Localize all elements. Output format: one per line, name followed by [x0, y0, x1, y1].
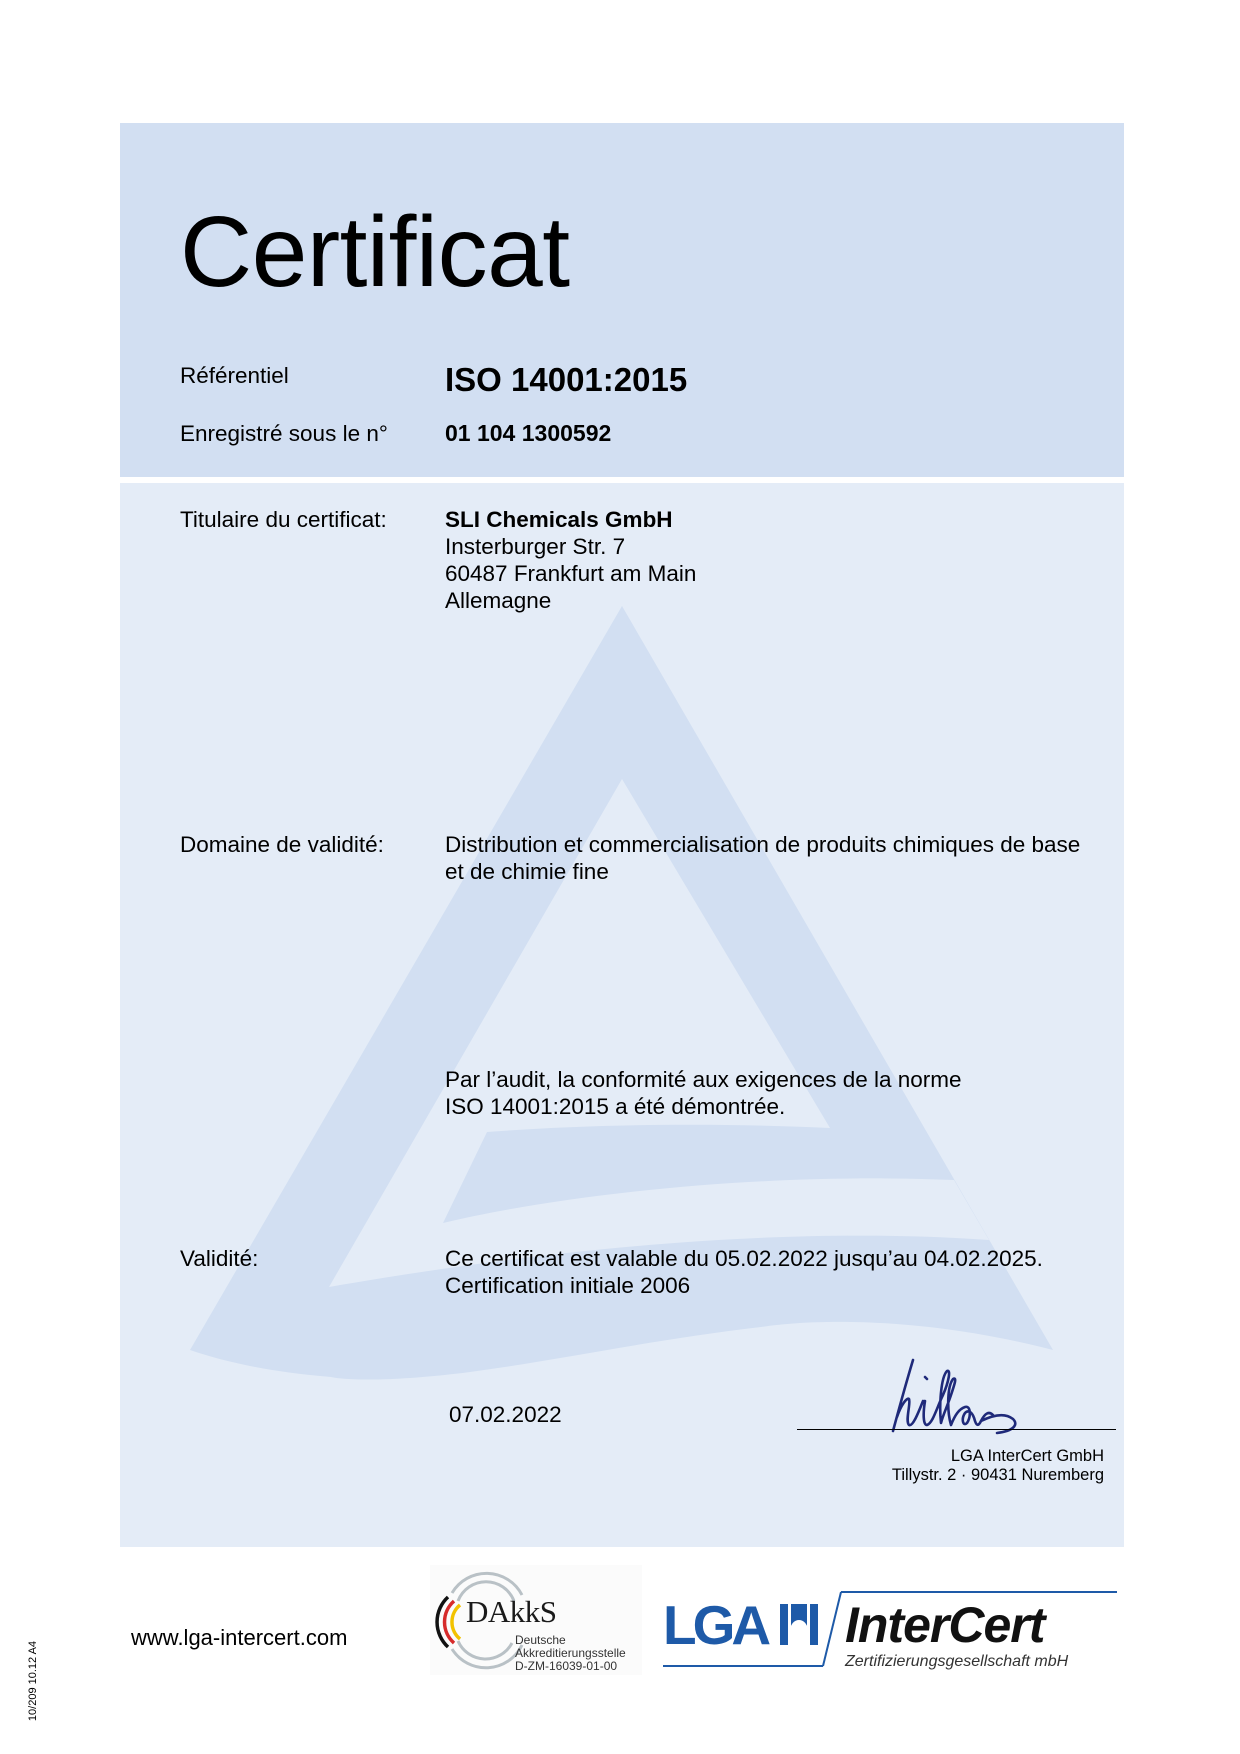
holder-city: 60487 Frankfurt am Main [445, 560, 696, 587]
holder-company: SLI Chemicals GmbH [445, 506, 696, 533]
website-link[interactable]: www.lga-intercert.com [131, 1625, 347, 1651]
scope-line: et de chimie fine [445, 858, 1080, 885]
scope-text: Distribution et commercialisation de pro… [445, 831, 1080, 885]
signature-icon [885, 1355, 1035, 1440]
signature-line [797, 1429, 1116, 1430]
holder-address: SLI Chemicals GmbH Insterburger Str. 7 6… [445, 506, 696, 614]
conformity-statement: Par l’audit, la conformité aux exigences… [445, 1066, 962, 1120]
issuer-address: Tillystr. 2 · 90431 Nuremberg [892, 1466, 1104, 1485]
issue-date: 07.02.2022 [449, 1401, 562, 1428]
certificate-title: Certificat [180, 196, 570, 308]
holder-country: Allemagne [445, 587, 696, 614]
scope-label: Domaine de validité: [180, 831, 384, 858]
validity-text: Ce certificat est valable du 05.02.2022 … [445, 1245, 1043, 1299]
dakks-accreditation-number: D-ZM-16039-01-00 [515, 1660, 617, 1673]
lga-intercert-logo: LGA InterCert Zertifizierungsgesellschaf… [663, 1590, 1117, 1670]
intercert-wordmark: InterCert [845, 1596, 1044, 1654]
scope-line: Distribution et commercialisation de pro… [445, 831, 1080, 858]
holder-label: Titulaire du certificat: [180, 506, 387, 533]
issuer-name: LGA InterCert GmbH [951, 1447, 1104, 1466]
holder-street: Insterburger Str. 7 [445, 533, 696, 560]
validity-line: Certification initiale 2006 [445, 1272, 1043, 1299]
validity-line: Ce certificat est valable du 05.02.2022 … [445, 1245, 1043, 1272]
registration-label: Enregistré sous le n° [180, 420, 388, 447]
statement-line: ISO 14001:2015 a été démontrée. [445, 1093, 962, 1120]
lga-wordmark: LGA [663, 1596, 767, 1654]
form-code: 10/209 10.12 A4 [26, 1631, 40, 1731]
standard-label: Référentiel [180, 362, 289, 389]
standard-value: ISO 14001:2015 [445, 362, 687, 398]
validity-label: Validité: [180, 1245, 258, 1272]
dakks-logo: DAkkS Deutsche Akkreditierungsstelle D-Z… [430, 1565, 642, 1675]
intercert-tagline: Zertifizierungsgesellschaft mbH [845, 1653, 1068, 1671]
registration-number: 01 104 1300592 [445, 420, 611, 447]
dakks-name: DAkkS [466, 1595, 557, 1629]
statement-line: Par l’audit, la conformité aux exigences… [445, 1066, 962, 1093]
